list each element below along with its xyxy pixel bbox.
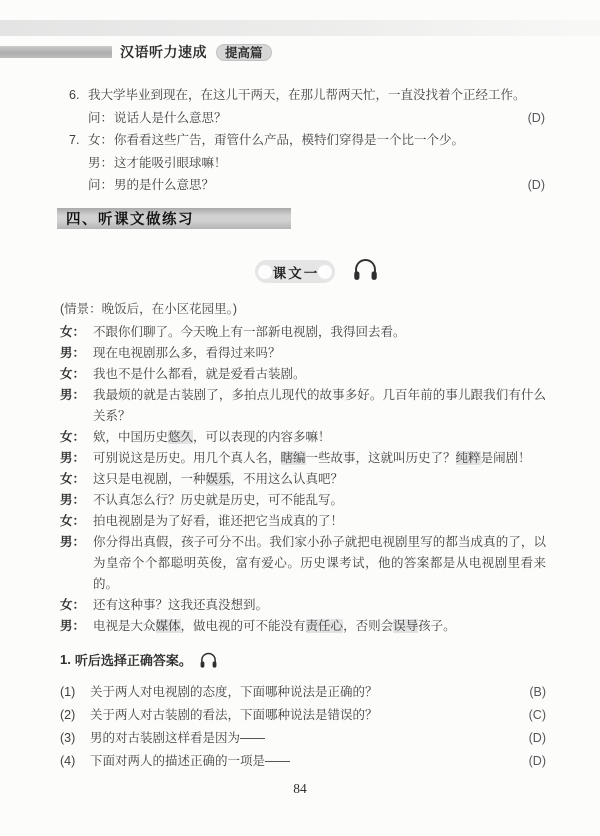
text-segment: ，不用这么认真吧？	[231, 472, 344, 486]
answer-letter: (D)	[520, 107, 545, 130]
text-segment: 是闹剧！	[481, 451, 531, 465]
dialogue-line: 女：欸，中国历史悠久，可以表现的内容多嘛！	[60, 427, 546, 448]
text-segment: 现在电视剧那么多，看得过来吗？	[93, 346, 281, 360]
line-prefix: 女：	[88, 129, 113, 152]
exercise-section: 1. 听后选择正确答案。 (1)关于两人对电视剧的态度，下面哪种说法是正确的？(…	[60, 648, 546, 773]
section-heading-text: 四、听课文做练习	[66, 208, 194, 229]
dialogue-line: 男：我最烦的就是古装剧了，多拍点儿现代的故事多好。几百年前的事儿跟我们有什么关系…	[60, 385, 546, 427]
book-title: 汉语听力速成	[120, 42, 207, 62]
speaker-label: 女：	[60, 511, 85, 532]
dialogue-line: 男：可别说这是历史。用几个真人名，瞎编一些故事，这就叫历史了？纯粹是闹剧！	[60, 448, 546, 469]
scene-note: (情景：晚饭后，在小区花园里。)	[60, 299, 546, 320]
question-text: 关于两人对古装剧的看法，下面哪种说法是错误的？	[90, 704, 378, 727]
text-segment: ，做电视的可不能没有	[181, 619, 306, 633]
text-segment: 可别说这是历史。用几个真人名，	[93, 451, 281, 465]
vocab-highlight: 媒体	[156, 619, 181, 633]
listening-item: 6.我大学毕业到现在，在这儿干两天，在那儿帮两天忙，一直没找着个正经工作。问：说…	[60, 84, 545, 129]
page-number: 84	[293, 781, 307, 796]
headphones-icon	[199, 651, 218, 670]
page-top-shading	[0, 20, 600, 36]
question-row: (3)男的对古装剧这样看是因为——(D)	[60, 727, 546, 750]
dialogue-line: 男：你分得出真假，孩子可分不出。我们家小孙子就把电视剧里写的都当成真的了，以为皇…	[60, 532, 546, 595]
speaker-label: 女：	[60, 469, 85, 490]
speaker-label: 男：	[60, 616, 85, 637]
dialogue-line: 男：不认真怎么行？历史就是历史，可不能乱写。	[60, 490, 546, 511]
text-segment: 不认真怎么行？历史就是历史，可不能乱写。	[93, 493, 343, 507]
header-decoration-bar	[0, 46, 112, 58]
text-segment: 欸，中国历史	[93, 430, 168, 444]
question-text: 男的对古装剧这样看是因为——	[90, 727, 265, 750]
dialogue-line: 女：拍电视剧是为了好看，谁还把它当成真的了！	[60, 511, 546, 532]
exercise-title: 听后选择正确答案。	[75, 650, 192, 669]
pill-dot-right	[318, 265, 332, 279]
text-segment: 电视是大众	[93, 619, 156, 633]
dialogue-text: 我也不是什么都看，就是爱看古装剧。	[93, 367, 306, 381]
lesson-badge-label: 课文一	[271, 262, 320, 282]
exercise-heading: 1. 听后选择正确答案。	[60, 648, 546, 670]
text-segment: 我最烦的就是古装剧了，多拍点儿现代的故事多好。几百年前的事儿跟我们有什么关系？	[93, 388, 546, 423]
dialogue-line: 女：这只是电视剧，一种娱乐，不用这么认真吧？	[60, 469, 546, 490]
text-segment: 一些故事，这就叫历史了？	[306, 451, 456, 465]
textbook-page: 汉语听力速成 提高篇 6.我大学毕业到现在，在这儿干两天，在那儿帮两天忙，一直没…	[0, 0, 600, 836]
dialogue-line: 女：不跟你们聊了。今天晚上有一部新电视剧，我得回去看。	[60, 322, 546, 343]
dialogue-text: 电视是大众媒体，做电视的可不能没有责任心，否则会误导孩子。	[93, 619, 456, 633]
line-text: 你看看这些广告，甭管什么产品，模特们穿得是一个比一个少。	[114, 129, 464, 152]
vocab-highlight: 纯粹	[456, 451, 481, 465]
text-segment: 不跟你们聊了。今天晚上有一部新电视剧，我得回去看。	[93, 325, 406, 339]
dialogue-text: 不跟你们聊了。今天晚上有一部新电视剧，我得回去看。	[93, 325, 406, 339]
dialogue-text: 拍电视剧是为了好看，谁还把它当成真的了！	[93, 514, 343, 528]
speaker-label: 女：	[60, 364, 85, 385]
answer-letter: (D)	[521, 727, 546, 750]
listening-item: 7.女：你看看这些广告，甭管什么产品，模特们穿得是一个比一个少。男：这才能吸引眼…	[60, 129, 545, 197]
answer-letter: (C)	[521, 704, 546, 727]
dialogue-text: 可别说这是历史。用几个真人名，瞎编一些故事，这就叫历史了？纯粹是闹剧！	[93, 451, 531, 465]
item-line: 我大学毕业到现在，在这儿干两天，在那儿帮两天忙，一直没找着个正经工作。	[88, 84, 545, 107]
dialogue-text: 欸，中国历史悠久，可以表现的内容多嘛！	[93, 430, 331, 444]
page-header: 汉语听力速成 提高篇	[0, 42, 600, 62]
text-segment: 拍电视剧是为了好看，谁还把它当成真的了！	[93, 514, 343, 528]
dialogue-text: 你分得出真假，孩子可分不出。我们家小孙子就把电视剧里写的都当成真的了，以为皇帝个…	[93, 535, 546, 591]
lesson-badge: 课文一	[255, 260, 335, 283]
item-number: 7.	[69, 129, 79, 152]
question-text: 下面对两人的描述正确的一项是——	[90, 750, 290, 773]
item-line: 问：说话人是什么意思？(D)	[88, 107, 545, 130]
question-row: (2)关于两人对古装剧的看法，下面哪种说法是错误的？(C)	[60, 704, 546, 727]
item-line: 女：你看看这些广告，甭管什么产品，模特们穿得是一个比一个少。	[88, 129, 545, 152]
speaker-label: 女：	[60, 427, 85, 448]
dialogue-text: 这只是电视剧，一种娱乐，不用这么认真吧？	[93, 472, 343, 486]
section-heading-bar: 四、听课文做练习	[57, 208, 291, 229]
dialogue-line: 女：还有这种事？这我还真没想到。	[60, 595, 546, 616]
item-line: 男：这才能吸引眼球嘛！	[88, 152, 545, 175]
item-line: 问：男的是什么意思？(D)	[88, 174, 545, 197]
question-row: (1)关于两人对电视剧的态度，下面哪种说法是正确的？(B)	[60, 681, 546, 704]
dialogue-text: 还有这种事？这我还真没想到。	[93, 598, 268, 612]
line-prefix: 男：	[88, 152, 113, 175]
question-number: (3)	[60, 727, 90, 750]
text-segment: 孩子。	[418, 619, 456, 633]
speaker-label: 男：	[60, 343, 85, 364]
answer-letter: (B)	[521, 681, 546, 704]
vocab-highlight: 瞎编	[281, 451, 306, 465]
text-segment: ，否则会	[343, 619, 393, 633]
book-level-badge: 提高篇	[216, 44, 272, 61]
pill-dot-left	[258, 265, 272, 279]
text-segment: 这只是电视剧，一种	[93, 472, 206, 486]
dialogue-line: 男：电视是大众媒体，做电视的可不能没有责任心，否则会误导孩子。	[60, 616, 546, 637]
speaker-label: 女：	[60, 595, 85, 616]
speaker-label: 男：	[60, 448, 85, 469]
dialogue-text: 我最烦的就是古装剧了，多拍点儿现代的故事多好。几百年前的事儿跟我们有什么关系？	[93, 388, 546, 423]
text-segment: 我也不是什么都看，就是爱看古装剧。	[93, 367, 306, 381]
text-segment: 你分得出真假，孩子可分不出。我们家小孙子就把电视剧里写的都当成真的了，以为皇帝个…	[93, 535, 546, 591]
dialogue-text: 不认真怎么行？历史就是历史，可不能乱写。	[93, 493, 343, 507]
item-number: 6.	[69, 84, 79, 107]
speaker-label: 男：	[60, 532, 85, 553]
text-segment: ，可以表现的内容多嘛！	[193, 430, 331, 444]
dialogue-text: 现在电视剧那么多，看得过来吗？	[93, 346, 281, 360]
vocab-highlight: 悠久	[168, 430, 193, 444]
text-segment: 还有这种事？这我还真没想到。	[93, 598, 268, 612]
exercise-number: 1.	[60, 652, 71, 667]
line-text: 说话人是什么意思？	[114, 107, 227, 130]
line-text: 我大学毕业到现在，在这儿干两天，在那儿帮两天忙，一直没找着个正经工作。	[88, 84, 526, 107]
question-row: (4)下面对两人的描述正确的一项是——(D)	[60, 750, 546, 773]
speaker-label: 男：	[60, 490, 85, 511]
answer-letter: (D)	[520, 174, 545, 197]
question-number: (1)	[60, 681, 90, 704]
line-text: 男的是什么意思？	[114, 174, 214, 197]
vocab-highlight: 误导	[393, 619, 418, 633]
listening-items-section: 6.我大学毕业到现在，在这儿干两天，在那儿帮两天忙，一直没找着个正经工作。问：说…	[60, 84, 545, 197]
dialogue: 女：不跟你们聊了。今天晚上有一部新电视剧，我得回去看。男：现在电视剧那么多，看得…	[60, 322, 546, 637]
speaker-label: 女：	[60, 322, 85, 343]
speaker-label: 男：	[60, 385, 85, 406]
page-footer: 84	[0, 780, 600, 798]
dialogue-line: 女：我也不是什么都看，就是爱看古装剧。	[60, 364, 546, 385]
line-prefix: 问：	[88, 107, 113, 130]
headphones-icon	[352, 256, 379, 284]
line-prefix: 问：	[88, 174, 113, 197]
vocab-highlight: 娱乐	[206, 472, 231, 486]
dialogue-line: 男：现在电视剧那么多，看得过来吗？	[60, 343, 546, 364]
dialogue-section: (情景：晚饭后，在小区花园里。) 女：不跟你们聊了。今天晚上有一部新电视剧，我得…	[60, 299, 546, 637]
question-text: 关于两人对电视剧的态度，下面哪种说法是正确的？	[90, 681, 378, 704]
question-number: (4)	[60, 750, 90, 773]
question-list: (1)关于两人对电视剧的态度，下面哪种说法是正确的？(B)(2)关于两人对古装剧…	[60, 681, 546, 773]
answer-letter: (D)	[521, 750, 546, 773]
vocab-highlight: 责任心	[306, 619, 344, 633]
question-number: (2)	[60, 704, 90, 727]
line-text: 这才能吸引眼球嘛！	[114, 152, 227, 175]
